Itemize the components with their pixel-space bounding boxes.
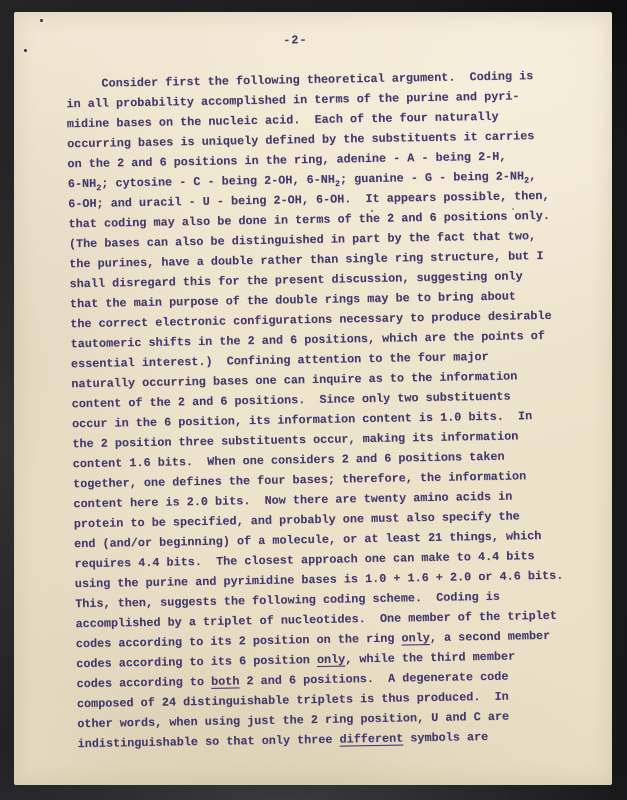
page-number: -2- — [0, 25, 594, 55]
typed-content: -2- Consider first the following theoret… — [7, 25, 617, 755]
scan-background: -2- Consider first the following theoret… — [0, 0, 627, 800]
document-page: -2- Consider first the following theoret… — [14, 12, 612, 785]
scan-speck — [40, 19, 43, 22]
document-body: Consider first the following theoretical… — [8, 65, 618, 755]
